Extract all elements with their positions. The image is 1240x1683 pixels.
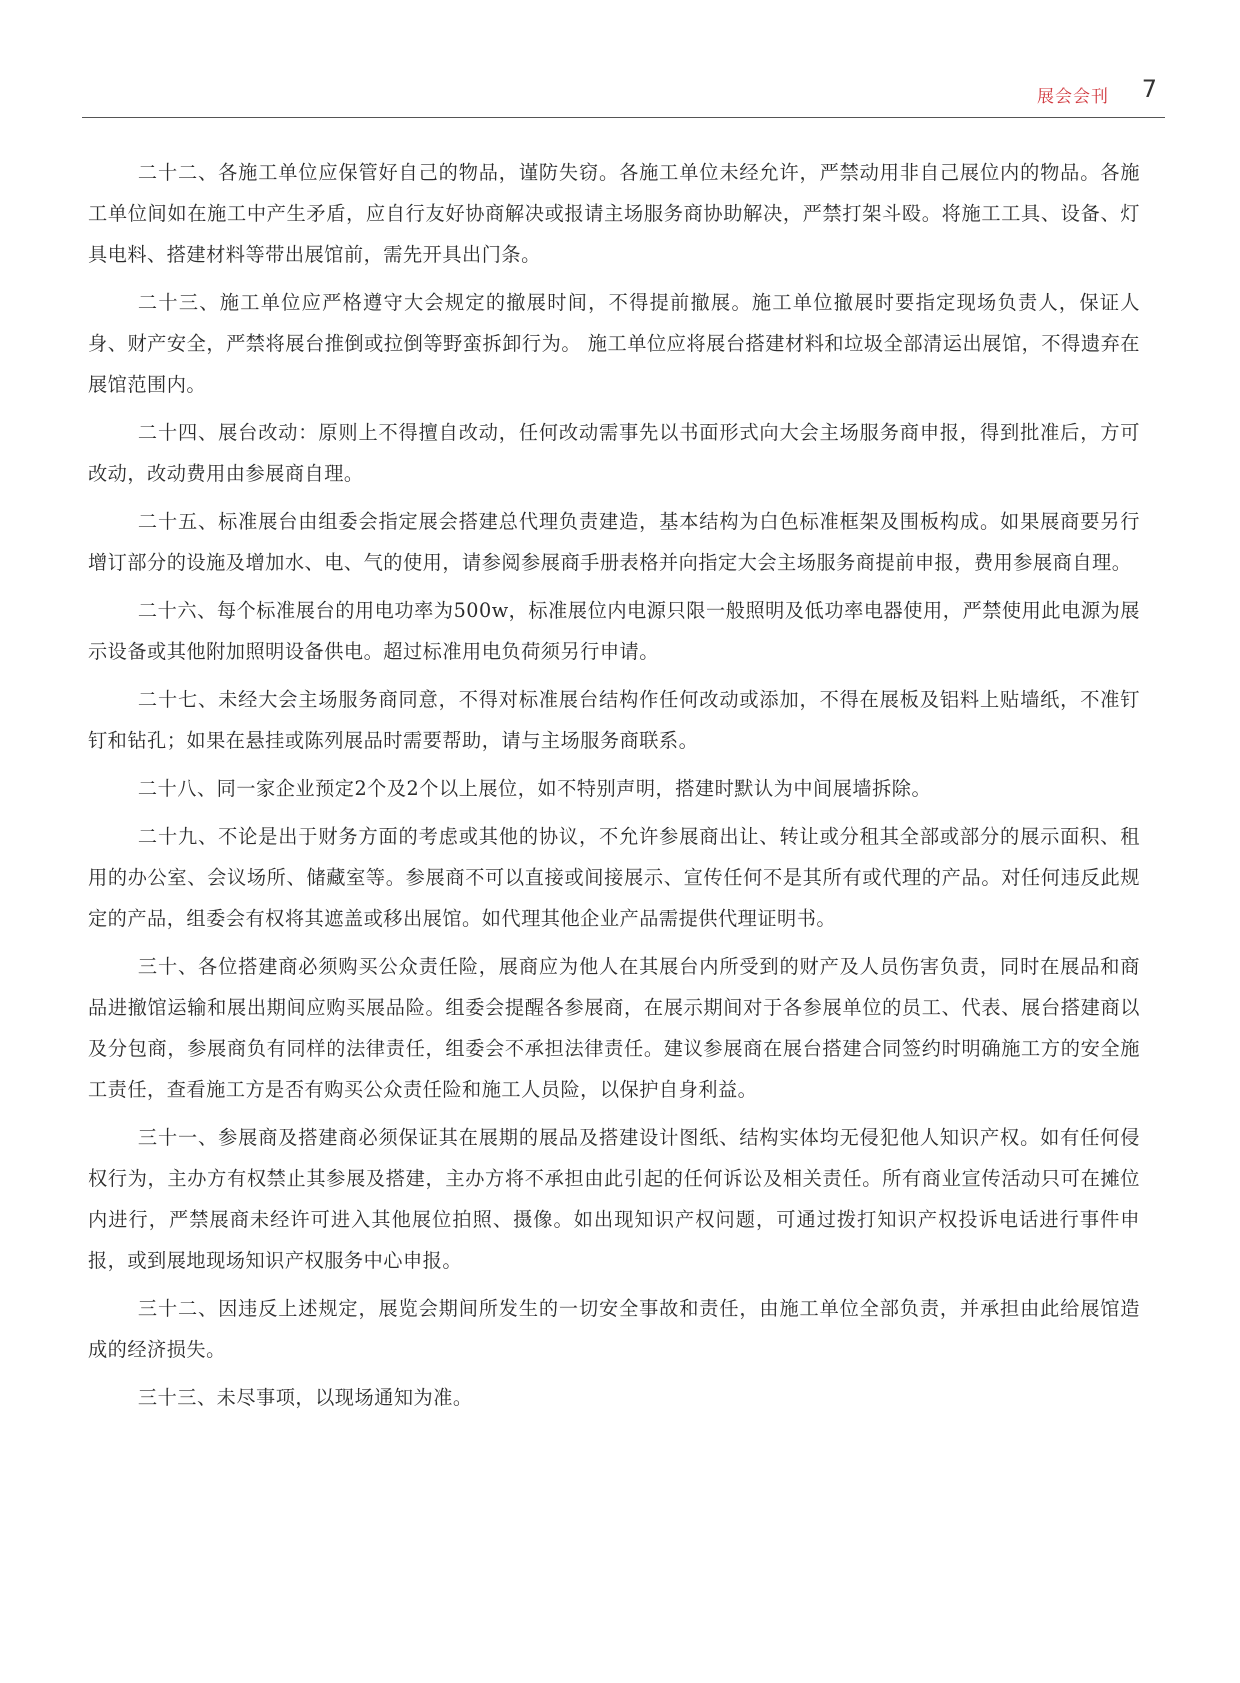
clause-33: 三十三、未尽事项，以现场通知为准。 <box>88 1377 1140 1418</box>
clause-23: 二十三、施工单位应严格遵守大会规定的撤展时间，不得提前撤展。施工单位撤展时要指定… <box>88 282 1140 405</box>
page-number: 7 <box>1142 75 1157 103</box>
header-divider <box>82 117 1165 118</box>
clause-30: 三十、各位搭建商必须购买公众责任险，展商应为他人在其展台内所受到的财产及人员伤害… <box>88 946 1140 1110</box>
clause-25: 二十五、标准展台由组委会指定展会搭建总代理负责建造，基本结构为白色标准框架及围板… <box>88 501 1140 583</box>
clause-24: 二十四、展台改动：原则上不得擅自改动，任何改动需事先以书面形式向大会主场服务商申… <box>88 412 1140 494</box>
clause-22: 二十二、各施工单位应保管好自己的物品，谨防失窃。各施工单位未经允许，严禁动用非自… <box>88 152 1140 275</box>
clause-32: 三十二、因违反上述规定，展览会期间所发生的一切安全事故和责任，由施工单位全部负责… <box>88 1288 1140 1370</box>
document-body: 二十二、各施工单位应保管好自己的物品，谨防失窃。各施工单位未经允许，严禁动用非自… <box>88 152 1140 1425</box>
clause-29: 二十九、不论是出于财务方面的考虑或其他的协议，不允许参展商出让、转让或分租其全部… <box>88 816 1140 939</box>
clause-26: 二十六、每个标准展台的用电功率为500w，标准展位内电源只限一般照明及低功率电器… <box>88 590 1140 672</box>
clause-28: 二十八、同一家企业预定2个及2个以上展位，如不特别声明，搭建时默认为中间展墙拆除… <box>88 768 1140 809</box>
clause-31: 三十一、参展商及搭建商必须保证其在展期的展品及搭建设计图纸、结构实体均无侵犯他人… <box>88 1117 1140 1281</box>
clause-27: 二十七、未经大会主场服务商同意，不得对标准展台结构作任何改动或添加，不得在展板及… <box>88 679 1140 761</box>
page-header: 展会会刊 7 <box>82 72 1157 118</box>
publication-title: 展会会刊 <box>1037 82 1109 107</box>
